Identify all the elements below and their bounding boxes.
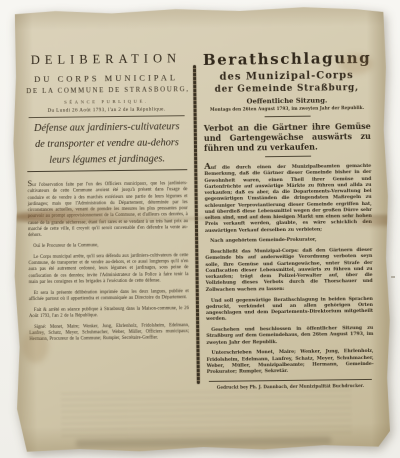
fr-paragraph-procureur: Ouï le Procureur de la Commune, bbox=[28, 242, 188, 250]
de-paragraph-geschehen: Geschehen und beschlossen in öffentliche… bbox=[206, 326, 373, 347]
de-session-line: Oeffentliche Sitzung. bbox=[203, 96, 370, 106]
fr-title-line2: DU CORPS MUNICIPAL bbox=[26, 72, 186, 84]
verso-show-through bbox=[61, 389, 352, 437]
de-paragraph-unterschriften: Unterschrieben Monet, Maire; Wenker, Jun… bbox=[206, 349, 373, 376]
scanned-broadside: DELIBERATION DU CORPS MUNICIPAL DE LA CO… bbox=[10, 6, 391, 454]
de-date-line: Montags den 26ten August 1793, im zweyte… bbox=[204, 106, 371, 113]
column-divider-braid bbox=[193, 65, 200, 384]
two-column-layout: DELIBERATION DU CORPS MUNICIPAL DE LA CO… bbox=[10, 6, 391, 393]
de-rule-imprint bbox=[209, 379, 372, 382]
paper-sheet: DELIBERATION DU CORPS MUNICIPAL DE LA CO… bbox=[10, 6, 391, 454]
de-rule-top bbox=[264, 116, 310, 118]
fr-paragraph-arrete: Le Corps municipal arrête, qu'il sera dé… bbox=[28, 253, 188, 286]
de-title-line3: der Gemeinde Straßburg, bbox=[203, 83, 370, 95]
fr-subtitle-line: Défense aux jardiniers-cultivateurs bbox=[27, 121, 187, 135]
fr-subtitle-line: de transporter et vendre au-dehors bbox=[27, 137, 187, 151]
scan-speck bbox=[391, 276, 395, 278]
fr-paragraph-signatures: Signé: Monet, Maire; Wenker, Jung, Ehrle… bbox=[29, 323, 189, 344]
de-paragraph-publikation: Und soll gegenwärtige Berathschlagung in… bbox=[206, 296, 373, 323]
verso-show-through-line bbox=[76, 436, 332, 447]
fr-title: DELIBERATION bbox=[26, 51, 186, 68]
de-rule-subtitle bbox=[265, 156, 311, 158]
de-paragraph-beschluss: Beschließt das Munizipal-Corps: daß den … bbox=[205, 248, 373, 294]
fr-date-line: Du Lundi 26 Août 1793, l'an 2 de la Répu… bbox=[27, 106, 187, 114]
fr-subtitle-line: leurs légumes et jardinages. bbox=[27, 153, 187, 167]
foxing-spot bbox=[22, 329, 48, 363]
fr-rule-top bbox=[29, 115, 185, 118]
de-paragraph-prokurator: Nach angehörtem Gemeinde-Prokurator, bbox=[205, 237, 372, 245]
fr-rule-subtitle bbox=[27, 169, 187, 172]
right-edge-stain bbox=[347, 216, 393, 227]
fr-session-line: SÉANCE PUBLIQUE. bbox=[26, 98, 186, 105]
fr-title-line3: DE LA COMMUNE DE STRASBOURG, bbox=[26, 86, 186, 95]
fr-paragraph-publication: Et sera la présente délibération imprimé… bbox=[29, 289, 189, 303]
de-subtitle: Verbot an die Gärtner ihre Gemüse und Ga… bbox=[204, 121, 371, 153]
fr-paragraph-fait: Fait & arrêté en séance publique à Stras… bbox=[29, 306, 189, 320]
